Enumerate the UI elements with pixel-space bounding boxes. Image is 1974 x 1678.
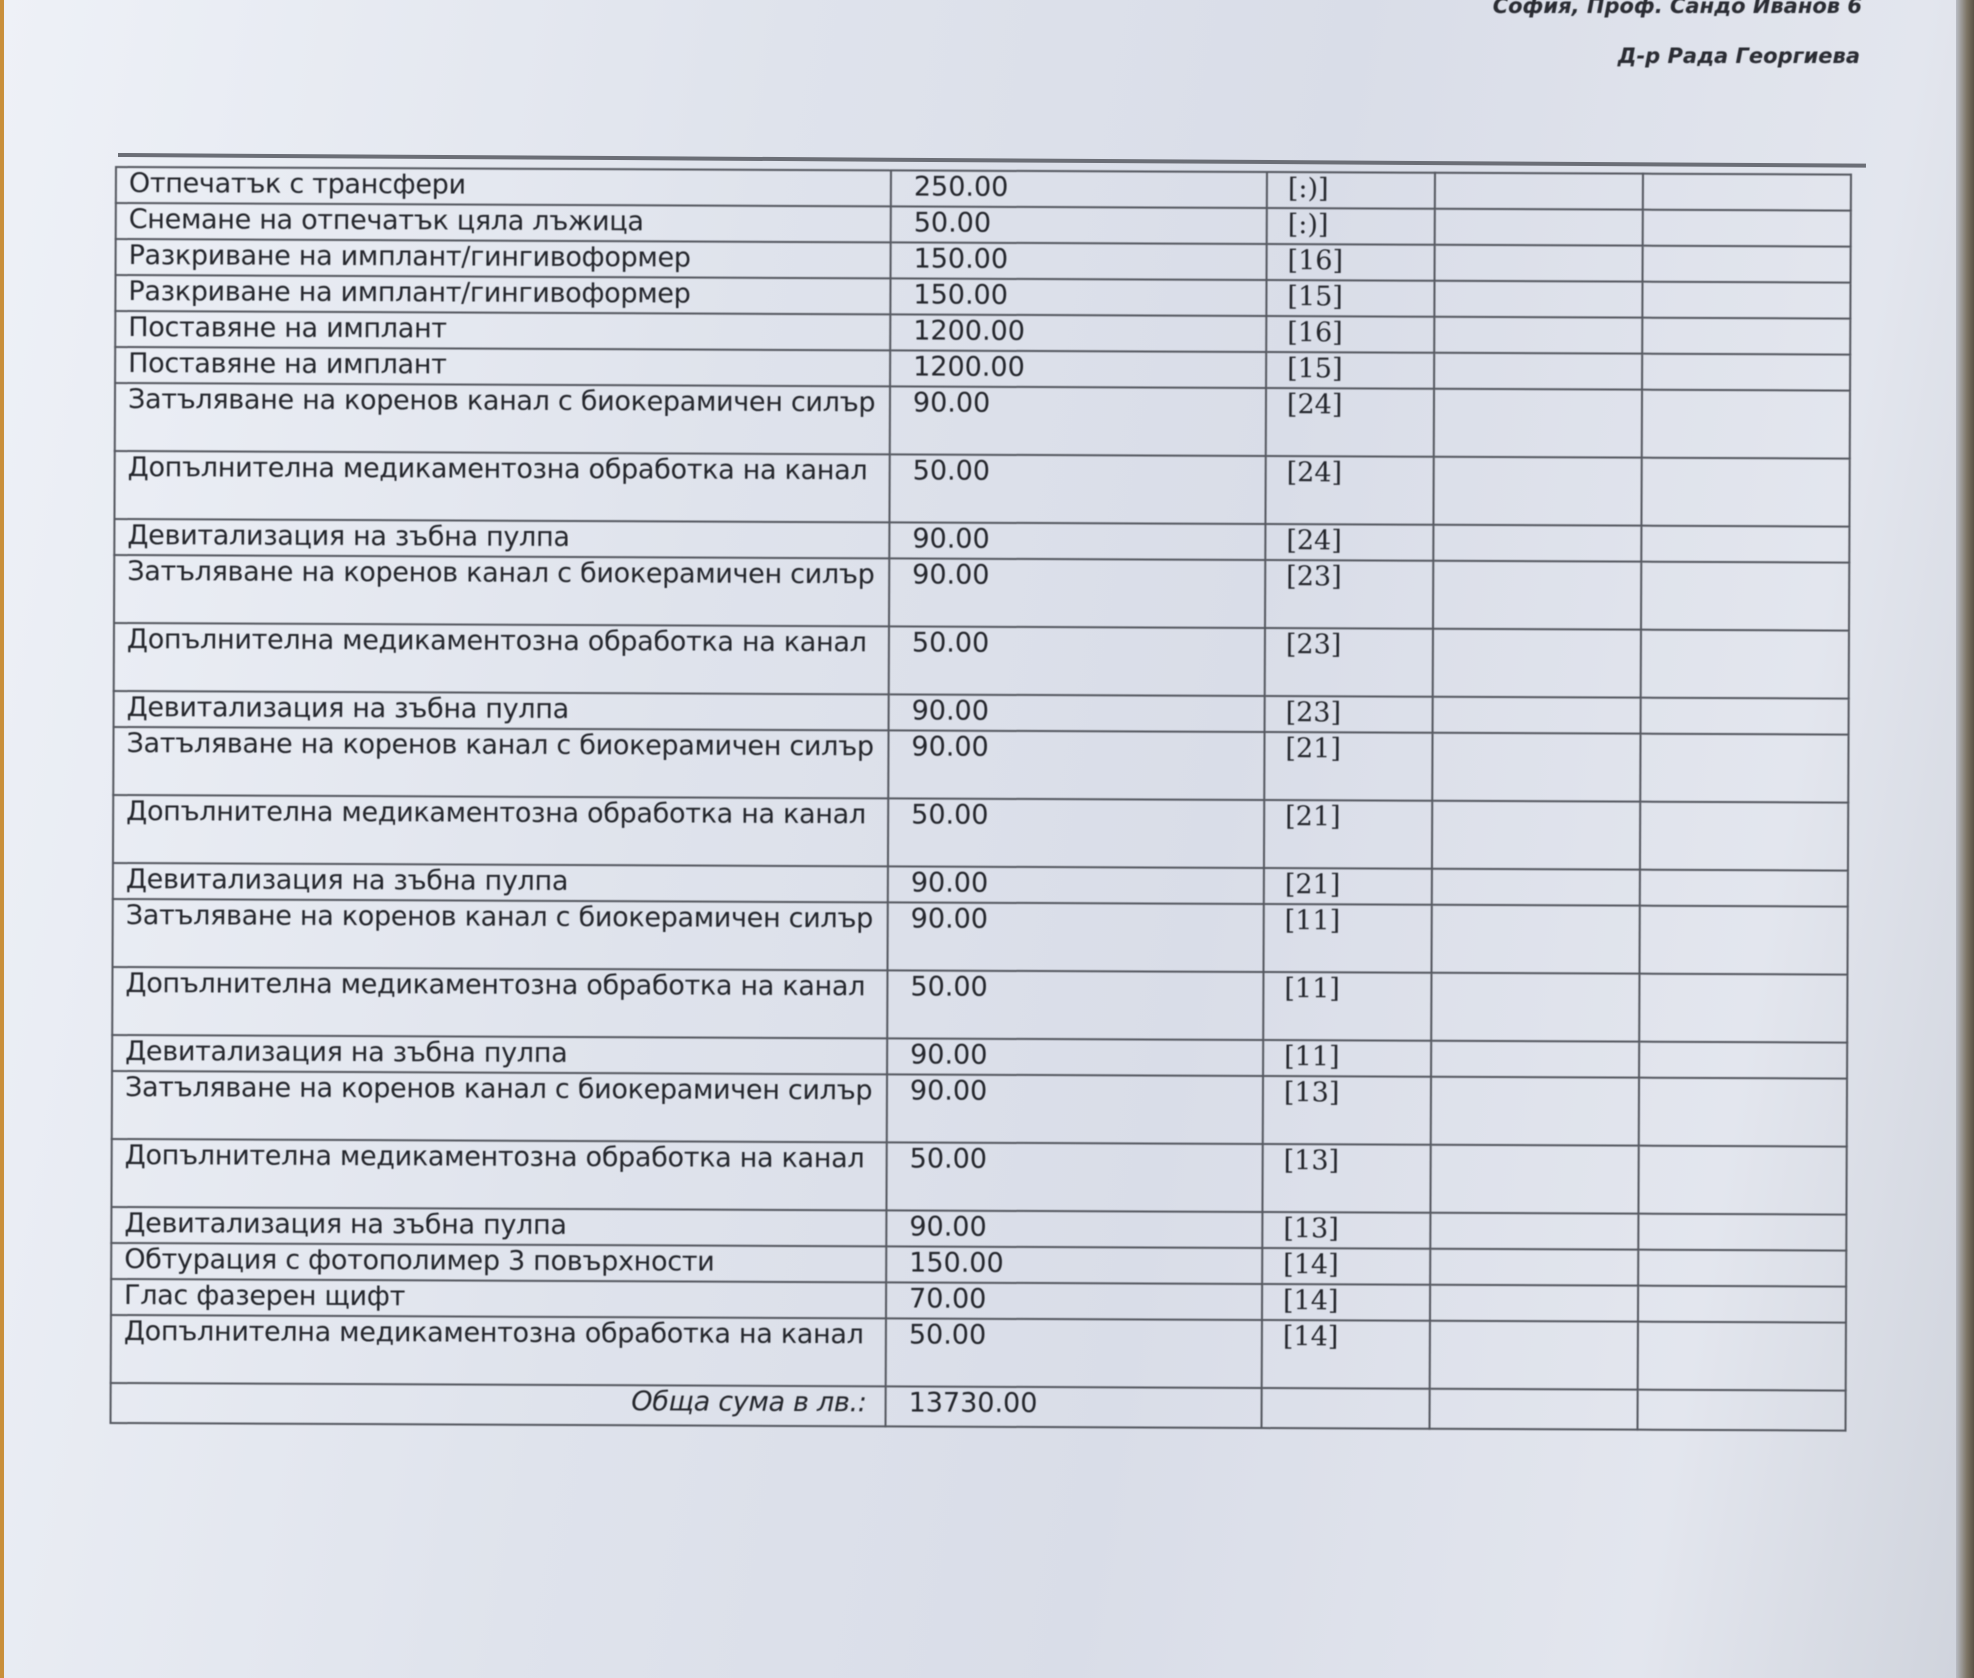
clinic-address: София, Проф. Сандо Иванов 6 [1400,0,1870,18]
table-row: Допълнителна медикаментозна обработка на… [111,1315,1846,1391]
desk-edge-left [0,0,4,1678]
price-cell: 1200.00 [890,350,1266,388]
empty-cell [1432,801,1640,870]
empty-cell [1431,1041,1639,1078]
price-cell: 90.00 [888,730,1264,800]
empty-cell [1433,561,1641,630]
empty-cell [1643,210,1851,247]
empty-cell [1638,1146,1846,1215]
price-cell: 90.00 [889,558,1265,628]
tooth-cell: [16] [1266,316,1434,353]
empty-cell [1638,1214,1846,1251]
empty-cell [1641,630,1849,699]
price-cell: 150.00 [890,278,1266,316]
empty-cell [1435,245,1643,282]
price-cell: 50.00 [889,626,1265,696]
empty-cell [1642,390,1850,459]
empty-cell [1640,802,1848,871]
empty-cell [1642,318,1850,355]
empty-cell [1430,1213,1638,1250]
price-cell: 150.00 [886,1246,1262,1284]
price-cell: 50.00 [886,1318,1262,1388]
empty-cell [1433,629,1641,698]
tooth-cell: [21] [1264,732,1432,801]
empty-cell [1430,1145,1638,1214]
procedure-cell: Допълнителна медикаментозна обработка на… [112,967,887,1038]
tooth-cell: [16] [1267,244,1435,281]
procedure-cell: Глас фазерен щифт [111,1279,886,1318]
procedure-cell: Поставяне на имплант [115,311,890,350]
table-row: Допълнителна медикаментозна обработка на… [113,795,1848,871]
empty-cell [1642,354,1850,391]
empty-cell [1639,906,1847,975]
tooth-cell: [21] [1264,868,1432,905]
empty-cell [1639,974,1847,1043]
empty-cell [1435,173,1643,210]
empty-cell [1431,1077,1639,1146]
tooth-cell: [14] [1262,1248,1430,1285]
tooth-cell: [14] [1262,1320,1430,1389]
price-cell: 50.00 [888,798,1264,868]
empty-cell [1641,526,1849,563]
empty-cell [1434,281,1642,318]
tooth-cell: [23] [1265,696,1433,733]
empty-cell [1641,698,1849,735]
empty-cell [1433,697,1641,734]
desk-edge-right [1956,0,1974,1678]
tooth-cell: [11] [1263,972,1431,1041]
price-cell: 90.00 [890,386,1266,456]
empty-cell [1639,1078,1847,1147]
procedure-cell: Допълнителна медикаментозна обработка на… [113,795,888,866]
tooth-cell: [13] [1262,1212,1430,1249]
empty-cell [1432,733,1640,802]
price-cell: 50.00 [891,206,1267,244]
procedure-cell: Допълнителна медикаментозна обработка на… [111,1139,886,1210]
table-row: Затъляване на коренов канал с биокерамич… [115,383,1850,459]
table-row: Допълнителна медикаментозна обработка на… [111,1139,1846,1215]
procedure-cell: Девитализация на зъбна пулпа [112,1035,887,1074]
tooth-cell: [15] [1266,352,1434,389]
procedure-cell: Затъляване на коренов канал с биокерамич… [114,555,889,626]
table-row: Допълнителна медикаментозна обработка на… [114,623,1849,699]
price-cell: 50.00 [886,1142,1262,1212]
price-cell: 90.00 [887,1038,1263,1076]
table-row: Затъляване на коренов канал с биокерамич… [113,899,1848,975]
tooth-cell: [24] [1266,388,1434,457]
empty-cell [1642,282,1850,319]
document-header: София, Проф. Сандо Иванов 6 Д-р Рада Гео… [1400,0,1870,68]
price-cell: 50.00 [887,970,1263,1040]
empty-cell [1641,458,1849,527]
empty-cell [1639,1042,1847,1079]
procedure-cell: Отпечатък с трансфери [116,167,891,206]
tooth-cell: [23] [1265,560,1433,629]
empty-cell [1643,174,1851,211]
tooth-cell: [24] [1265,524,1433,561]
procedure-cell: Девитализация на зъбна пулпа [114,519,889,558]
procedure-cell: Снемане на отпечатък цяла лъжица [116,203,891,242]
procedure-cell: Разкриване на имплант/гингивоформер [115,275,890,314]
procedure-cell: Поставяне на имплант [115,347,890,386]
tooth-cell: [11] [1263,904,1431,973]
empty-cell [1434,317,1642,354]
tooth-cell: [:)] [1267,208,1435,245]
tooth-cell: [13] [1262,1144,1430,1213]
table-row: Затъляване на коренов канал с биокерамич… [113,727,1848,803]
empty-cell [1430,1249,1638,1286]
empty-cell [1640,870,1848,907]
tooth-cell: [11] [1263,1040,1431,1077]
procedure-cell: Допълнителна медикаментозна обработка на… [114,623,889,694]
price-cell: 1200.00 [890,314,1266,352]
price-cell: 90.00 [889,522,1265,560]
empty-cell [1433,457,1641,526]
procedure-cell: Девитализация на зъбна пулпа [113,863,888,902]
tooth-cell: [13] [1263,1076,1431,1145]
procedure-cell: Затъляване на коренов канал с биокерамич… [113,899,888,970]
table-row: Затъляване на коренов канал с биокерамич… [114,555,1849,631]
doctor-name: Д-р Рада Георгиева [1400,44,1870,68]
tooth-cell: [:)] [1267,172,1435,209]
tooth-cell: [21] [1264,800,1432,869]
total-row: Обща сума в лв.:13730.00 [111,1383,1846,1431]
price-cell: 70.00 [886,1282,1262,1320]
procedures-table: Отпечатък с трансфери250.00[:)]Снемане н… [110,166,1852,1432]
total-label: Обща сума в лв.: [111,1383,886,1426]
tooth-cell: [14] [1262,1284,1430,1321]
procedure-cell: Затъляване на коренов канал с биокерамич… [113,727,888,798]
procedure-cell: Допълнителна медикаментозна обработка на… [114,451,889,522]
empty-cell [1435,209,1643,246]
empty-cell [1262,1388,1430,1429]
procedure-cell: Девитализация на зъбна пулпа [114,691,889,730]
price-cell: 90.00 [886,1210,1262,1248]
empty-cell [1638,1250,1846,1287]
empty-cell [1643,246,1851,283]
empty-cell [1434,353,1642,390]
procedure-cell: Затъляване на коренов канал с биокерамич… [115,383,890,454]
empty-cell [1641,562,1849,631]
empty-cell [1638,1286,1846,1323]
table-row: Допълнителна медикаментозна обработка на… [114,451,1849,527]
table-row: Допълнителна медикаментозна обработка на… [112,967,1847,1043]
empty-cell [1431,973,1639,1042]
procedure-cell: Разкриване на имплант/гингивоформер [116,239,891,278]
empty-cell [1431,905,1639,974]
empty-cell [1640,734,1848,803]
total-value: 13730.00 [886,1386,1262,1428]
price-cell: 50.00 [889,454,1265,524]
empty-cell [1638,1322,1846,1391]
empty-cell [1430,1321,1638,1390]
empty-cell [1430,1389,1638,1430]
tooth-cell: [15] [1266,280,1434,317]
empty-cell [1433,525,1641,562]
procedure-cell: Допълнителна медикаментозна обработка на… [111,1315,886,1386]
price-cell: 150.00 [891,242,1267,280]
empty-cell [1434,389,1642,458]
table-top-rule [118,153,1866,168]
price-cell: 90.00 [889,694,1265,732]
tooth-cell: [24] [1265,456,1433,525]
price-cell: 90.00 [887,1074,1263,1144]
procedure-cell: Девитализация на зъбна пулпа [111,1207,886,1246]
tooth-cell: [23] [1265,628,1433,697]
empty-cell [1638,1390,1846,1431]
table-row: Затъляване на коренов канал с биокерамич… [112,1071,1847,1147]
price-cell: 90.00 [887,902,1263,972]
price-cell: 90.00 [888,866,1264,904]
procedure-cell: Затъляване на коренов канал с биокерамич… [112,1071,887,1142]
price-cell: 250.00 [891,170,1267,208]
procedure-cell: Обтурация с фотополимер 3 повърхности [111,1243,886,1282]
empty-cell [1430,1285,1638,1322]
empty-cell [1432,869,1640,906]
